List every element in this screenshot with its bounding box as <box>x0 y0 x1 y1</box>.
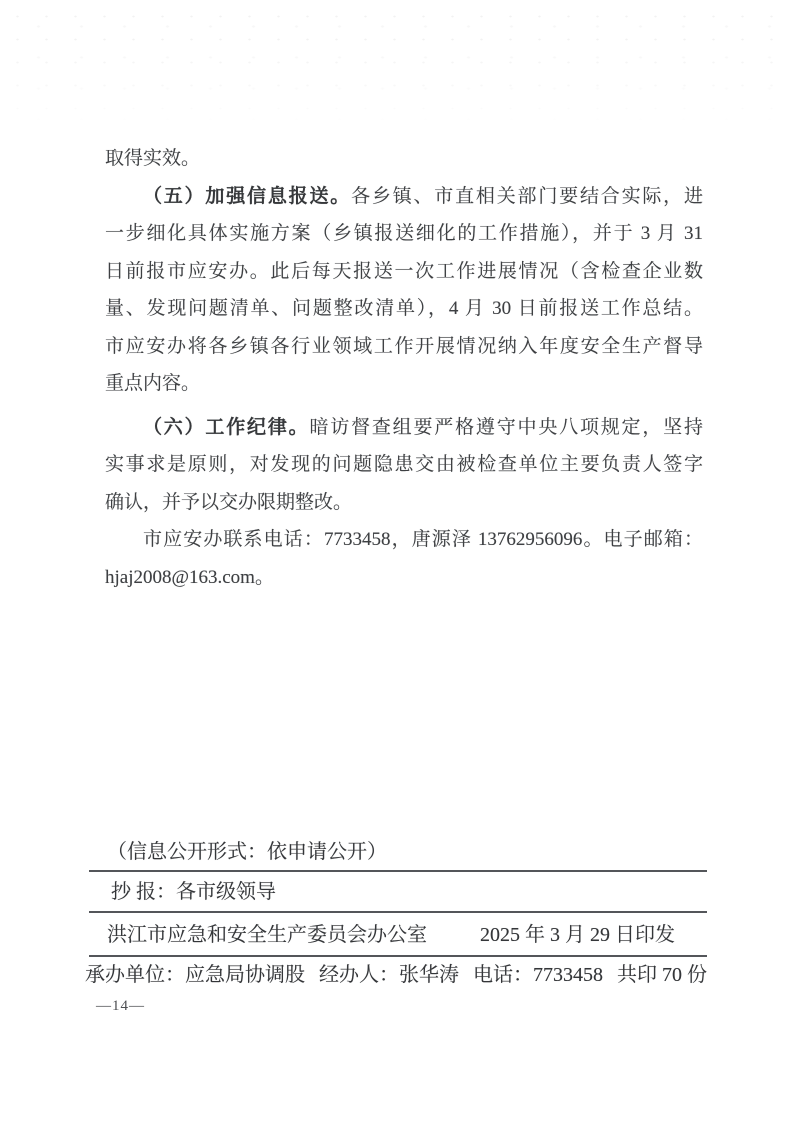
page-number: —14— <box>96 998 145 1015</box>
body-text: 市应安办联系电话：7733458，唐源泽 13762956096。电子邮箱： <box>143 529 703 550</box>
body-text: 量、发现问题清单、问题整改清单），4 月 30 日前报送工作总结。 <box>105 298 703 319</box>
issuer-name: 洪江市应急和安全生产委员会办公室 <box>107 913 427 955</box>
body-line: （五）加强信息报送。各乡镇、市直相关部门要结合实际，进 <box>105 178 703 216</box>
colophon: （信息公开形式：依申请公开） 抄 报：各市级领导 洪江市应急和安全生产委员会办公… <box>89 836 707 957</box>
body-text: 暗访督查组要严格遵守中央八项规定，坚持 <box>309 417 703 438</box>
body-line: 量、发现问题清单、问题整改清单），4 月 30 日前报送工作总结。 <box>105 290 703 328</box>
body-line: hjaj2008@163.com。 <box>105 559 703 597</box>
body-text: 实事求是原则，对发现的问题隐患交由被检查单位主要负责人签字 <box>105 454 703 475</box>
info-disclosure-row: （信息公开形式：依申请公开） <box>89 836 707 872</box>
document-page: 取得实效。 （五）加强信息报送。各乡镇、市直相关部门要结合实际，进 一步细化具体… <box>0 0 793 1122</box>
scan-noise-artifact <box>0 0 793 130</box>
body-line: 确认，并予以交办限期整改。 <box>105 484 703 522</box>
issue-date: 2025 年 3 月 29 日印发 <box>480 913 675 955</box>
section-heading: （六）工作纪律。 <box>143 417 309 438</box>
undertaker-unit: 承办单位：应急局协调股 <box>85 956 305 994</box>
body-line: 市应安办将各乡镇各行业领域工作开展情况纳入年度安全生产督导 <box>105 328 703 366</box>
info-disclosure-text: （信息公开形式：依申请公开） <box>107 841 387 863</box>
body-line: 重点内容。 <box>105 365 703 403</box>
body-text: 日前报市应安办。此后每天报送一次工作进展情况（含检查企业数 <box>105 261 703 282</box>
document-body: 取得实效。 （五）加强信息报送。各乡镇、市直相关部门要结合实际，进 一步细化具体… <box>105 140 703 596</box>
body-text: 一步细化具体实施方案（乡镇报送细化的工作措施），并于 3 月 31 <box>105 223 703 244</box>
body-line: 一步细化具体实施方案（乡镇报送细化的工作措施），并于 3 月 31 <box>105 215 703 253</box>
body-text: 取得实效。 <box>105 148 200 169</box>
body-line: 市应安办联系电话：7733458，唐源泽 13762956096。电子邮箱： <box>105 521 703 559</box>
copy-to-text: 抄 报：各市级领导 <box>111 881 276 903</box>
body-line: 取得实效。 <box>105 140 703 178</box>
section-heading: （五）加强信息报送。 <box>143 186 351 207</box>
body-line: 实事求是原则，对发现的问题隐患交由被检查单位主要负责人签字 <box>105 446 703 484</box>
body-line: （六）工作纪律。暗访督查组要严格遵守中央八项规定，坚持 <box>105 409 703 447</box>
body-line: 日前报市应安办。此后每天报送一次工作进展情况（含检查企业数 <box>105 253 703 291</box>
body-text: 各乡镇、市直相关部门要结合实际，进 <box>351 186 703 207</box>
copy-to-row: 抄 报：各市级领导 <box>89 872 707 913</box>
contact-phone: 电话：7733458 <box>473 956 603 994</box>
issuer-row: 洪江市应急和安全生产委员会办公室 2025 年 3 月 29 日印发 <box>89 913 707 957</box>
print-copies: 共印 70 份 <box>617 956 707 994</box>
body-text: 重点内容。 <box>105 373 200 394</box>
body-text: 市应安办将各乡镇各行业领域工作开展情况纳入年度安全生产督导 <box>105 336 703 357</box>
body-text: 确认，并予以交办限期整改。 <box>105 492 352 513</box>
undertaker-row: 承办单位：应急局协调股 经办人：张华涛 电话：7733458 共印 70 份 <box>85 956 707 994</box>
contact-email: hjaj2008@163.com。 <box>105 567 274 588</box>
handler-name: 经办人：张华涛 <box>319 956 459 994</box>
